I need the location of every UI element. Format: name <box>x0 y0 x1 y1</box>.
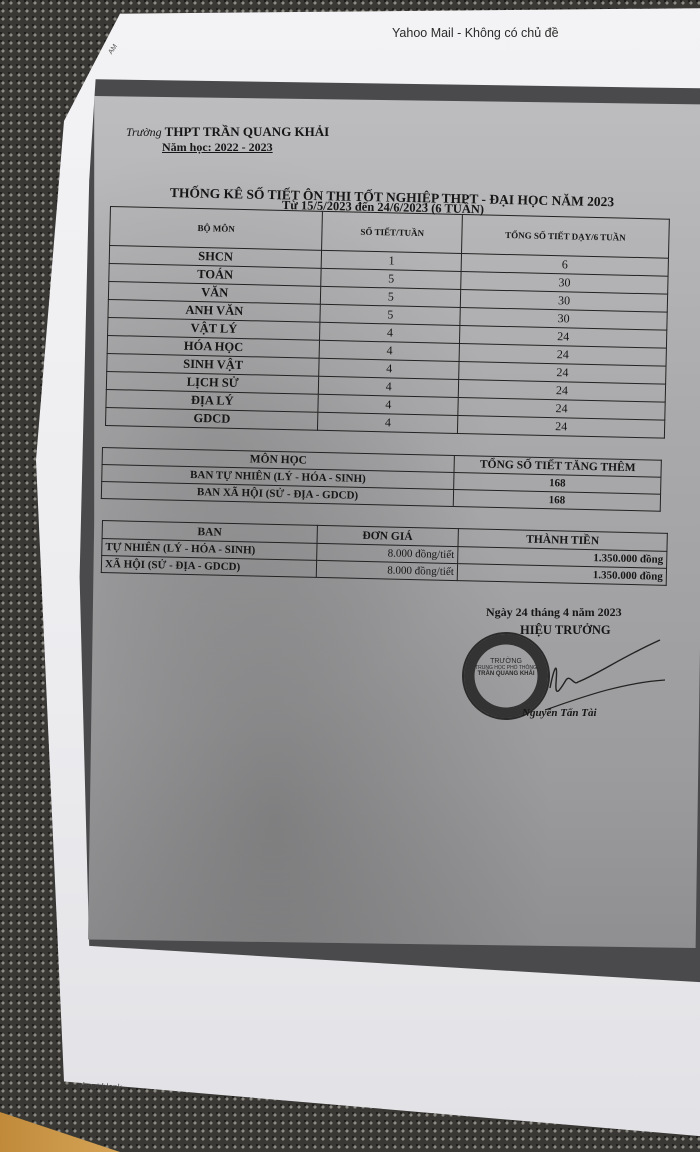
signature-date: Ngày 24 tháng 4 năm 2023 <box>486 605 622 620</box>
col-total-periods: TỔNG SỐ TIẾT DẠY/6 TUẦN <box>462 215 670 259</box>
table-cell: 1.350.000 đồng <box>457 564 666 586</box>
table-cell: 24 <box>458 415 665 438</box>
table-cell: 4 <box>318 412 458 433</box>
school-year: Năm học: 2022 - 2023 <box>162 140 273 155</box>
table-cell: XÃ HỘI (SỬ - ĐỊA - GDCD) <box>101 556 316 578</box>
table-cell: GDCD <box>106 407 319 430</box>
subjects-table: BỘ MÔN SỐ TIẾT/TUẦN TỔNG SỐ TIẾT DẠY/6 T… <box>105 206 670 439</box>
table-cell: 168 <box>453 489 660 511</box>
stamp-line-1: TRƯỜNG <box>464 658 548 665</box>
school-prefix: Trường <box>126 125 162 139</box>
col-periods-per-week: SỐ TIẾT/TUẦN <box>322 211 463 253</box>
table-cell: 8.000 đồng/tiết <box>316 560 458 580</box>
school-name: Trường THPT TRẦN QUANG KHẢI <box>126 124 329 140</box>
groups-table: MÔN HỌC TỔNG SỐ TIẾT TĂNG THÊM BAN TỰ NH… <box>101 447 662 512</box>
signer-name: Nguyễn Tấn Tài <box>522 707 597 719</box>
stamp-line-3: TRẦN QUANG KHẢI <box>464 671 548 677</box>
col-subject: BỘ MÔN <box>110 207 323 251</box>
document: Trường THPT TRẦN QUANG KHẢI Năm học: 202… <box>0 0 700 1152</box>
payment-table: BAN ĐƠN GIÁ THÀNH TIỀN TỰ NHIÊN (LÝ - HÓ… <box>101 520 668 586</box>
school-name-text: THPT TRẦN QUANG KHẢI <box>165 124 330 139</box>
